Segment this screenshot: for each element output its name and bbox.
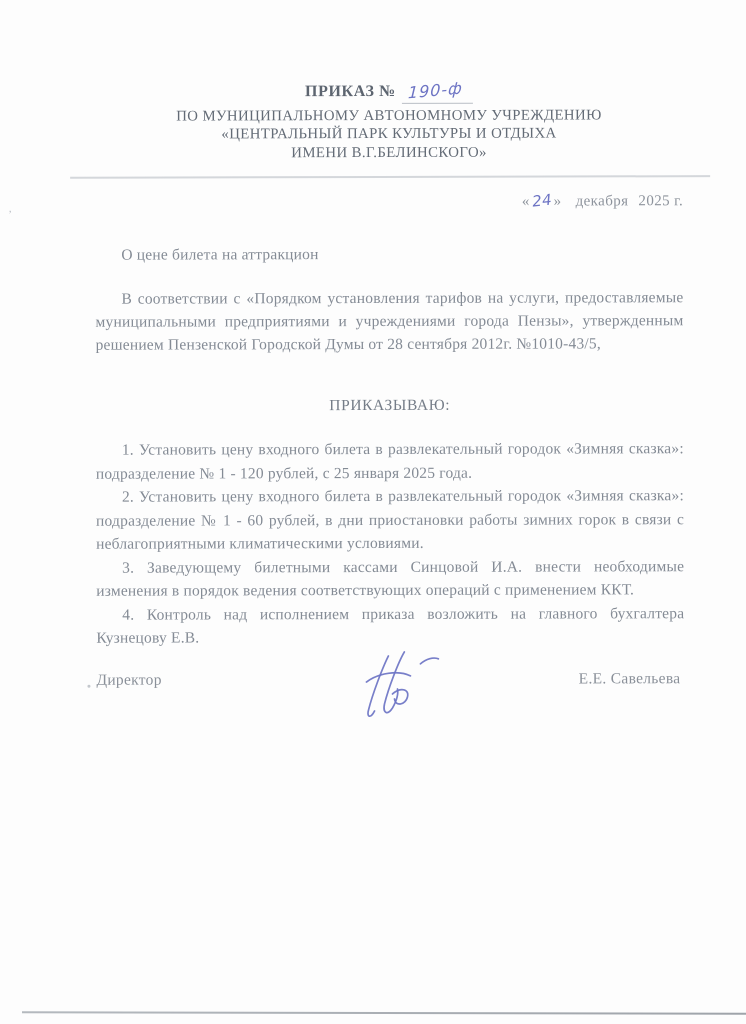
document-subject: О цене билета на аттракцион xyxy=(95,245,683,265)
document-header: ПРИКАЗ №190-ф ПО МУНИЦИПАЛЬНОМУ АВТОНОМН… xyxy=(95,81,683,163)
signer-role: Директор xyxy=(96,672,161,690)
date-line: «24»декабря2025 г. xyxy=(95,191,683,212)
date-day-handwritten: 24 xyxy=(531,191,553,211)
org-name-line-1: ПО МУНИЦИПАЛЬНОМУ АВТОНОМНОМУ УЧРЕЖДЕНИЮ xyxy=(95,106,683,126)
order-number-handwritten: 190-ф xyxy=(407,79,463,103)
scan-artifact-mark: ’ xyxy=(8,209,12,221)
intro-paragraph: В соответствии с «Порядком установления … xyxy=(95,286,683,357)
header-divider-rule xyxy=(70,175,710,178)
org-name-line-3: ИМЕНИ В.Г.БЕЛИНСКОГО» xyxy=(95,143,683,163)
scan-artifact-dot xyxy=(87,685,90,688)
director-signature-ink xyxy=(346,646,456,734)
org-name-line-2: «ЦЕНТРАЛЬНЫЙ ПАРК КУЛЬТУРЫ И ОТДЫХА xyxy=(95,124,683,144)
scanned-order-document: ПРИКАЗ №190-ф ПО МУНИЦИПАЛЬНОМУ АВТОНОМН… xyxy=(0,0,746,1024)
date-year: 2025 г. xyxy=(638,193,683,210)
document-content: ПРИКАЗ №190-ф ПО МУНИЦИПАЛЬНОМУ АВТОНОМН… xyxy=(0,0,746,1024)
date-open-quote: « xyxy=(522,194,530,211)
order-number-field: 190-ф xyxy=(402,82,473,104)
order-item-3: 3. Заведующему билетными кассами Синцово… xyxy=(96,555,684,604)
order-item-2: 2. Установить цену входного билета в раз… xyxy=(96,484,684,556)
order-heading: ПРИКАЗЫВАЮ: xyxy=(96,396,684,416)
signer-name: Е.Е. Савельева xyxy=(579,670,681,688)
order-item-4: 4. Контроль над исполнением приказа возл… xyxy=(96,602,684,651)
order-title-line: ПРИКАЗ №190-ф xyxy=(95,81,683,104)
order-title-label: ПРИКАЗ № xyxy=(305,83,396,100)
order-item-1: 1. Установить цену входного билета в раз… xyxy=(96,437,684,486)
date-close-quote: » xyxy=(554,194,562,211)
order-items: 1. Установить цену входного билета в раз… xyxy=(96,437,685,650)
date-month: декабря xyxy=(576,193,629,210)
